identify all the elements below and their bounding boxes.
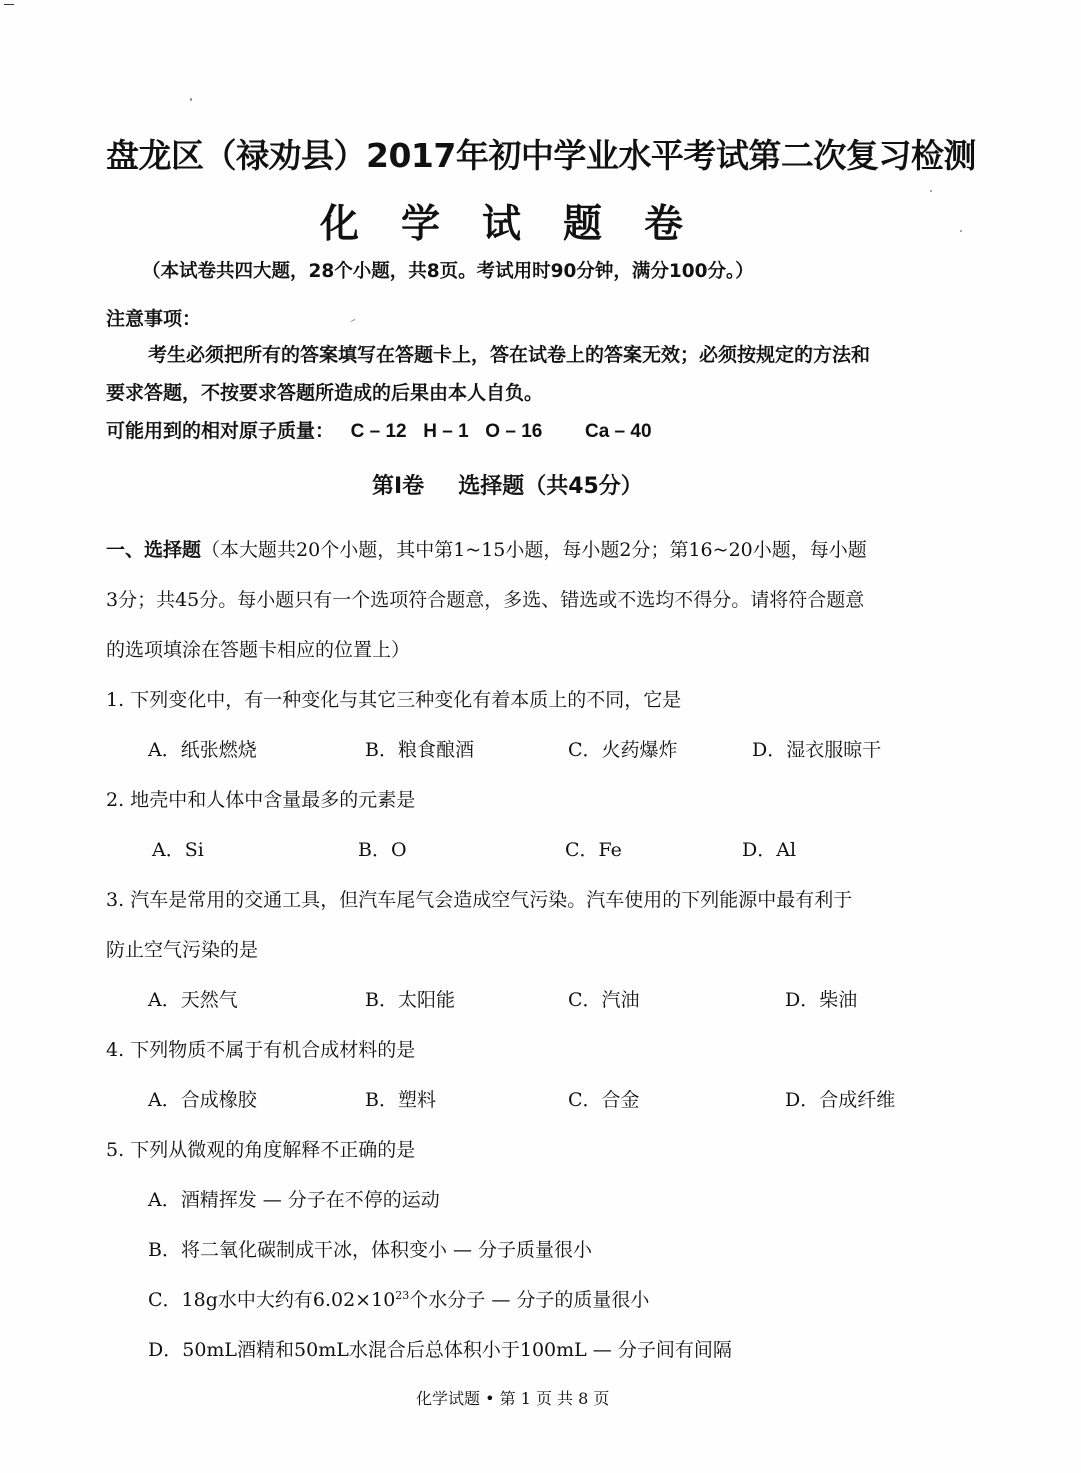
page-footer: 化学试题 • 第 1 页 共 8 页 [416, 1386, 609, 1409]
q5-option-d: D．50mL酒精和50mL水混合后总体积小于100mL — 分子间有间隔 [148, 1335, 732, 1362]
section-intro-line-1: 一、选择题（本大题共20个小题，其中第1~15小题，每小题2分；第16~20小题… [106, 535, 867, 562]
q2-option-b: B．O [358, 835, 407, 862]
atomic-masses: 可能用到的相对原子质量： C – 12 H – 1 O – 16 Ca – 40 [106, 416, 652, 443]
q2-option-c: C．Fe [565, 835, 622, 862]
question-5: 5. 下列从微观的角度解释不正确的是 [106, 1135, 415, 1162]
atomic-c: C – 12 [351, 421, 407, 442]
exam-info: （本试卷共四大题，28个小题，共8页。考试用时90分钟，满分100分。） [142, 257, 754, 283]
q4-option-b: B．塑料 [365, 1085, 436, 1112]
subject-title: 化学试题卷 [320, 193, 725, 249]
question-2: 2. 地壳中和人体中含量最多的元素是 [106, 785, 415, 812]
scan-speck [190, 98, 192, 101]
q3-option-d: D．柴油 [785, 985, 857, 1012]
notice-heading: 注意事项： [106, 304, 201, 331]
part-heading: 第Ⅰ卷选择题（共45分） [372, 469, 643, 500]
exam-page: 盘龙区（禄劝县）2017年初中学业水平考试第二次复习检测 化学试题卷 （本试卷共… [0, 0, 1081, 1473]
q3-option-a: A．天然气 [148, 985, 238, 1012]
section-heading: 一、选择题 [106, 539, 201, 561]
exam-title: 盘龙区（禄劝县）2017年初中学业水平考试第二次复习检测 [106, 130, 976, 177]
q5-option-a: A．酒精挥发 — 分子在不停的运动 [148, 1185, 440, 1212]
q1-option-d: D．湿衣服晾干 [752, 735, 881, 762]
q4-option-d: D．合成纤维 [785, 1085, 895, 1112]
q5-option-b: B．将二氧化碳制成干冰，体积变小 — 分子质量很小 [148, 1235, 592, 1262]
q5-option-c: C．18g水中大约有6.02×1023个水分子 — 分子的质量很小 [148, 1285, 649, 1312]
section-intro-line-3: 的选项填涂在答题卡相应的位置上） [106, 635, 410, 662]
q1-option-c: C．火药爆炸 [568, 735, 678, 762]
part-label: 第Ⅰ卷 [372, 474, 424, 499]
q3-option-c: C．汽油 [568, 985, 640, 1012]
q2-option-d: D．Al [742, 835, 796, 862]
q4-option-a: A．合成橡胶 [148, 1085, 257, 1112]
q1-option-a: A．纸张燃烧 [148, 735, 257, 762]
exponent: 23 [395, 1289, 409, 1302]
question-3: 3. 汽车是常用的交通工具，但汽车尾气会造成空气污染。汽车使用的下列能源中最有利… [106, 885, 852, 912]
q4-option-c: C．合金 [568, 1085, 640, 1112]
question-4: 4. 下列物质不属于有机合成材料的是 [106, 1035, 415, 1062]
scan-speck [350, 319, 356, 323]
atomic-label: 可能用到的相对原子质量： [106, 420, 334, 442]
atomic-ca: Ca – 40 [585, 421, 652, 442]
q2-option-a: A．Si [152, 835, 204, 862]
section-intro-line-2: 3分；共45分。每小题只有一个选项符合题意，多选、错选或不选均不得分。请将符合题… [106, 585, 864, 612]
scan-speck [4, 4, 14, 5]
part-title: 选择题（共45分） [458, 474, 643, 499]
scan-speck [960, 230, 962, 232]
atomic-h: H – 1 [423, 421, 468, 442]
atomic-o: O – 16 [485, 421, 542, 442]
q3-option-b: B．太阳能 [365, 985, 455, 1012]
q1-option-b: B．粮食酿酒 [365, 735, 474, 762]
notice-line-1: 考生必须把所有的答案填写在答题卡上，答在试卷上的答案无效；必须按规定的方法和 [148, 340, 870, 367]
question-3-line-2: 防止空气污染的是 [106, 935, 258, 962]
question-1: 1. 下列变化中，有一种变化与其它三种变化有着本质上的不同，它是 [106, 685, 681, 712]
scan-speck [930, 190, 932, 192]
notice-line-2: 要求答题，不按要求答题所造成的后果由本人自负。 [106, 378, 543, 405]
